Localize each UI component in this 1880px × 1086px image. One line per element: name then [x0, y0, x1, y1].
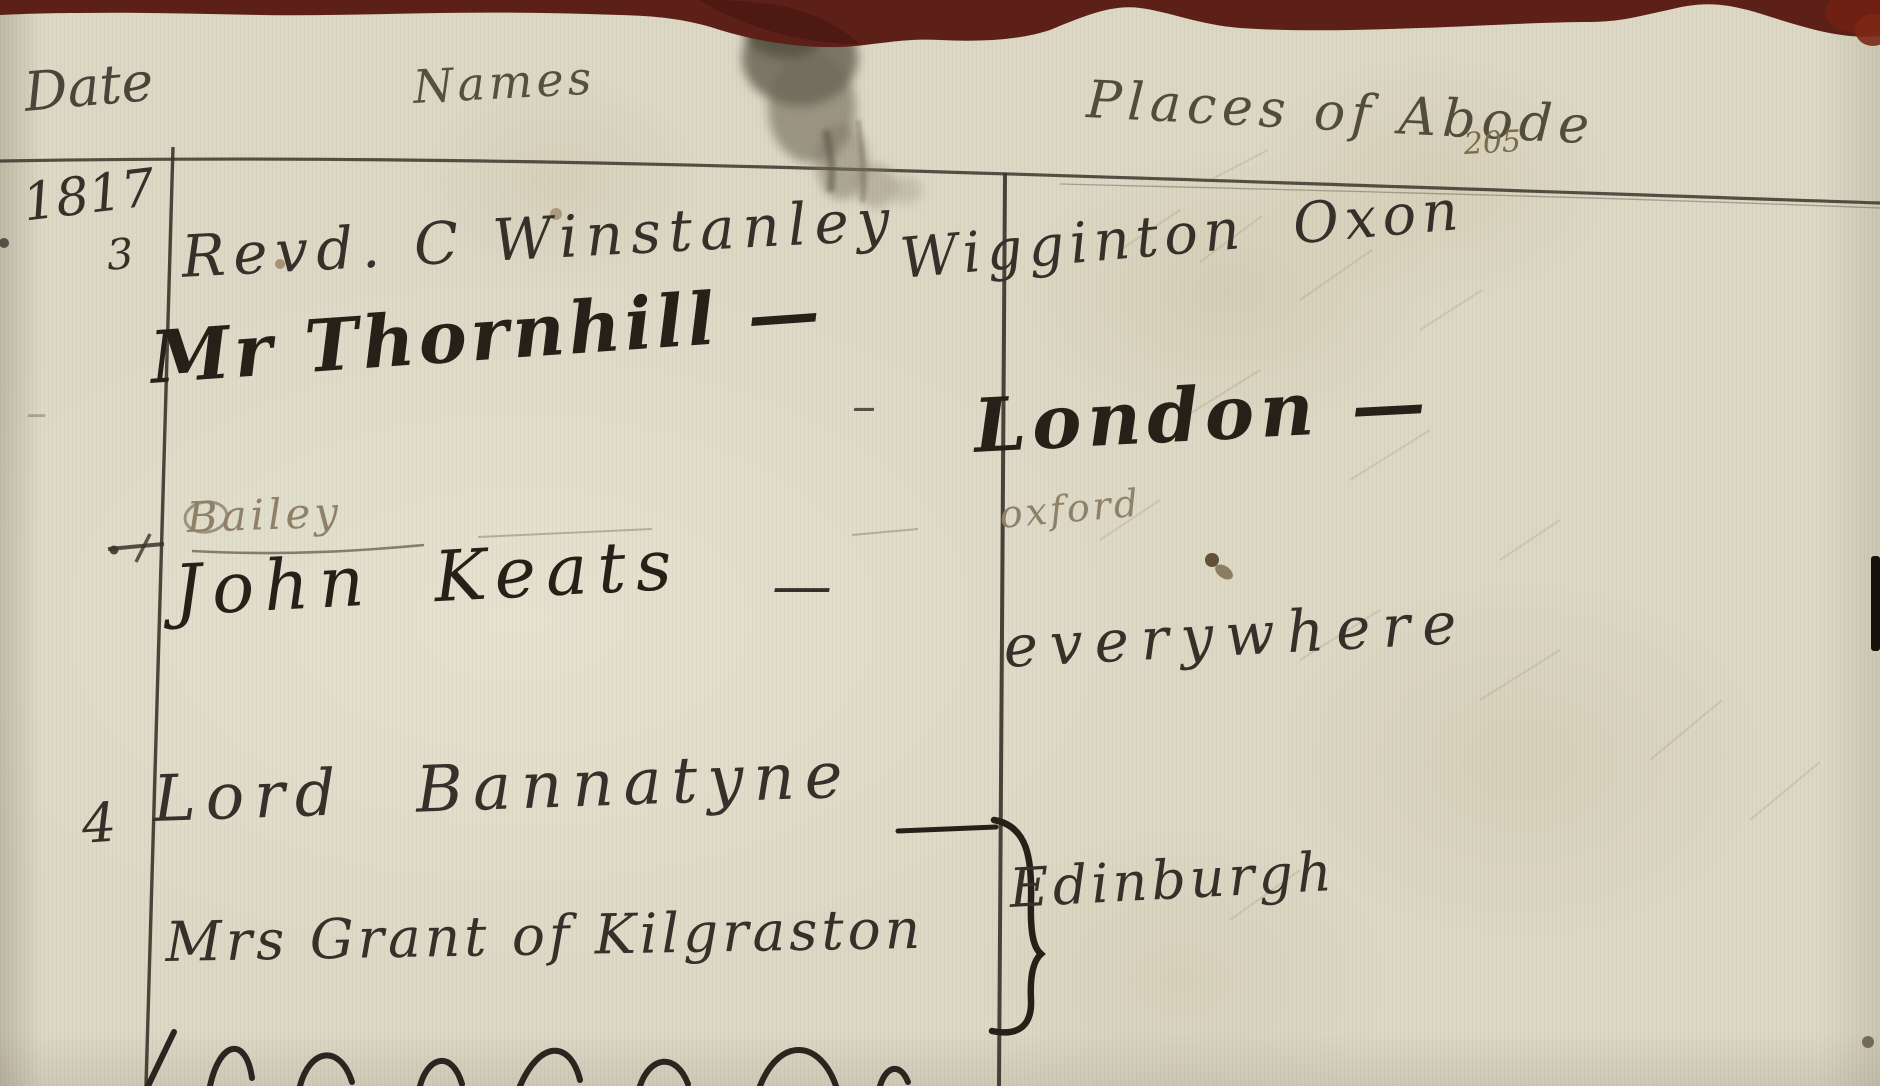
- entry-place-london: London —: [972, 366, 1433, 464]
- column-header-date: Date: [22, 55, 155, 120]
- header-rule-line: [0, 159, 1880, 203]
- pencil-cross-mark: [108, 534, 164, 562]
- cutoff-entry-strokes: [148, 1032, 908, 1086]
- entry-name-john-keats-dash: —: [772, 556, 832, 616]
- date-year: 1817: [20, 162, 158, 230]
- date-margin-dash: –: [26, 392, 47, 434]
- date-day-4: 4: [80, 796, 118, 852]
- date-day-3: 3: [105, 233, 135, 277]
- entry-place-oxford: oxford: [998, 484, 1143, 534]
- visitors-book-page-photo: Date Names Places of Abode 205 1817 3 – …: [0, 0, 1880, 1086]
- entry-place-edinburgh: Edinburgh: [1008, 845, 1337, 916]
- faint-pencil-line-right: [852, 529, 918, 535]
- entry-name-thornhill-trailing-dash: –: [852, 382, 876, 430]
- book-binding-strip: [0, 0, 1880, 47]
- faint-hatch-marks: [1100, 150, 1820, 920]
- page-number: 205: [1463, 127, 1522, 160]
- entry-name-grant-of-kilgraston: Mrs Grant of Kilgraston: [165, 902, 925, 970]
- column-header-names: Names: [412, 54, 596, 109]
- entry-name-bailey: Bailey: [186, 492, 343, 539]
- photo-edge-dark-gap: [1871, 556, 1880, 651]
- bannatyne-brace-connector: [898, 827, 996, 831]
